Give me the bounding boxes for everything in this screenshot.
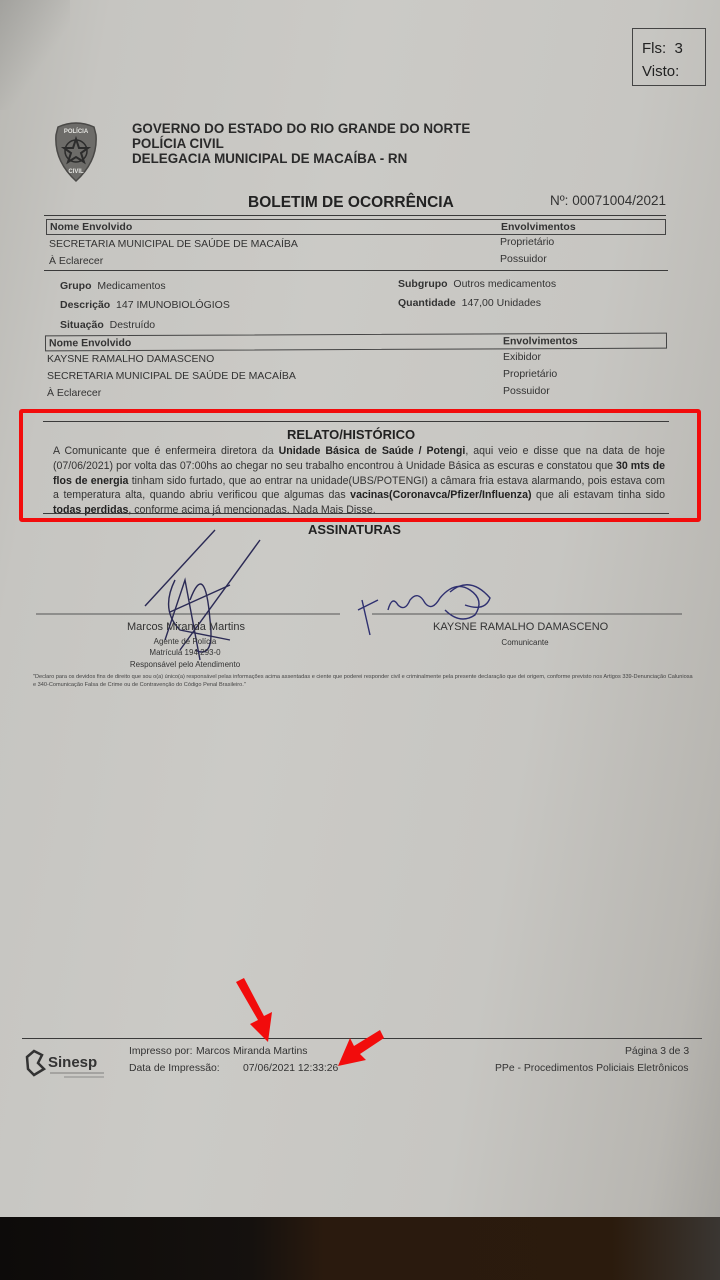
red-arrow-left-icon [338,1030,384,1066]
red-arrow-down-icon [236,978,272,1042]
annotation-arrows [0,0,720,1100]
table-surface-background [0,1217,720,1280]
